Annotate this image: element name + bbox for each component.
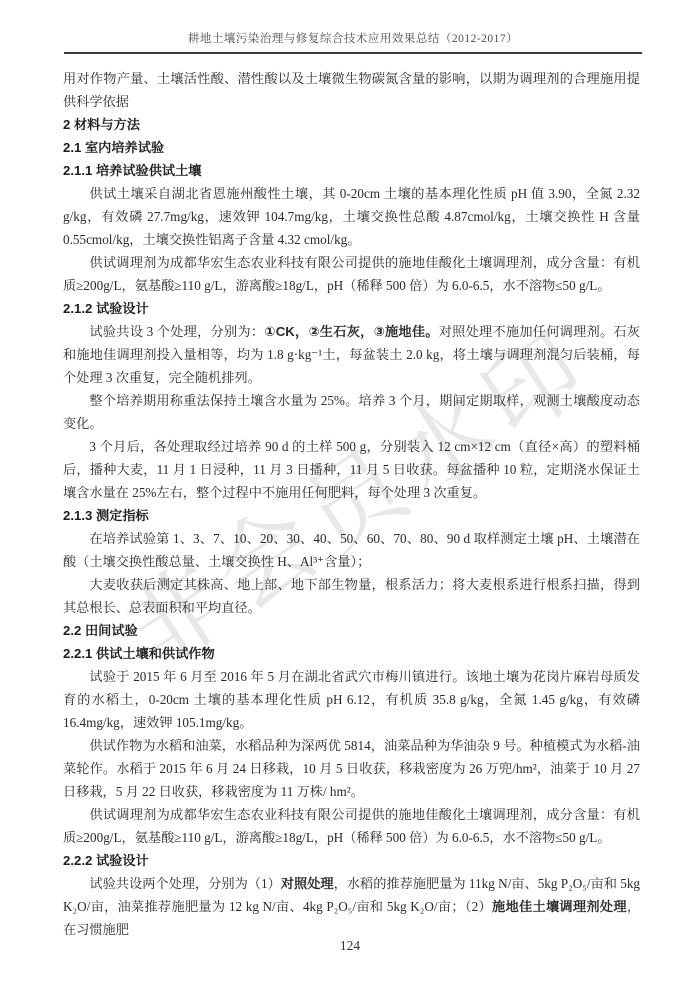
document-page: 耕地土壤污染治理与修复综合技术应用效果总结（2012-2017） 非会员水印 用…	[0, 0, 700, 990]
paragraph-field-site-soil: 试验于 2015 年 6 月至 2016 年 5 月在湖北省武穴市梅川镇进行。该…	[63, 665, 640, 734]
text-segment: 试验共设 3 个处理，分别为：	[89, 324, 264, 339]
heading-materials-and-methods: 2 材料与方法	[63, 113, 640, 136]
paragraph-conditioner-composition-2: 供试调理剂为成都华宏生态农业科技有限公司提供的施地佳酸化土壤调理剂，成分含量：有…	[63, 803, 640, 849]
heading-field-experiment-design: 2.2.2 试验设计	[63, 849, 640, 872]
page-number: 124	[0, 938, 700, 954]
paragraph-conditioner-composition-1: 供试调理剂为成都华宏生态农业科技有限公司提供的施地佳酸化土壤调理剂，成分含量：有…	[63, 251, 640, 297]
paragraph-barley-sowing: 3 个月后，各处理取经过培养 90 d 的土样 500 g，分别装入 12 cm…	[63, 435, 640, 504]
heading-measurement-indicators: 2.1.3 测定指标	[63, 504, 640, 527]
document-body: 用对作物产量、土壤活性酸、潜性酸以及土壤微生物碳氮含量的影响，以期为调理剂的合理…	[63, 67, 640, 941]
paragraph-field-treatments: 试验共设两个处理，分别为（1）对照处理，水稻的推荐施肥量为 11kg N/亩、5…	[63, 872, 640, 941]
heading-field-experiment: 2.2 田间试验	[63, 619, 640, 642]
heading-indoor-incubation-experiment: 2.1 室内培养试验	[63, 136, 640, 159]
heading-incubation-test-soil: 2.1.1 培养试验供试土壤	[63, 159, 640, 182]
paragraph-test-soil-properties: 供试土壤采自湖北省恩施州酸性土壤，其 0-20cm 土壤的基本理化性质 pH 值…	[63, 182, 640, 251]
text-segment-bold-control: 对照处理	[281, 876, 334, 891]
paragraph-barley-measurements: 大麦收获后测定其株高、地上部、地下部生物量，根系活力；将大麦根系进行根系扫描，得…	[63, 573, 640, 619]
paragraph-sampling-schedule: 在培养试验第 1、3、7、10、20、30、40、50、60、70、80、90 …	[63, 527, 640, 573]
text-segment-bold-conditioner: 施地佳土壤调理剂处理	[492, 899, 627, 914]
heading-incubation-experiment-design: 2.1.2 试验设计	[63, 297, 640, 320]
paragraph-purpose-continued: 用对作物产量、土壤活性酸、潜性酸以及土壤微生物碳氮含量的影响，以期为调理剂的合理…	[63, 67, 640, 113]
paragraph-crop-varieties: 供试作物为水稻和油菜，水稻品种为深两优 5814，油菜品种为华油杂 9 号。种植…	[63, 734, 640, 803]
text-segment: 试验共设两个处理，分别为（1）	[89, 876, 280, 891]
paragraph-moisture-maintenance: 整个培养期用称重法保持土壤含水量为 25%。培养 3 个月，期间定期取样，观测土…	[63, 389, 640, 435]
running-header-title: 耕地土壤污染治理与修复综合技术应用效果总结（2012-2017）	[64, 30, 642, 54]
text-segment-bold-treatments: ①CK，②生石灰，③施地佳。	[264, 324, 438, 339]
heading-field-soil-and-crops: 2.2.1 供试土壤和供试作物	[63, 642, 640, 665]
paragraph-incubation-treatments: 试验共设 3 个处理，分别为：①CK，②生石灰，③施地佳。对照处理不施加任何调理…	[63, 320, 640, 389]
